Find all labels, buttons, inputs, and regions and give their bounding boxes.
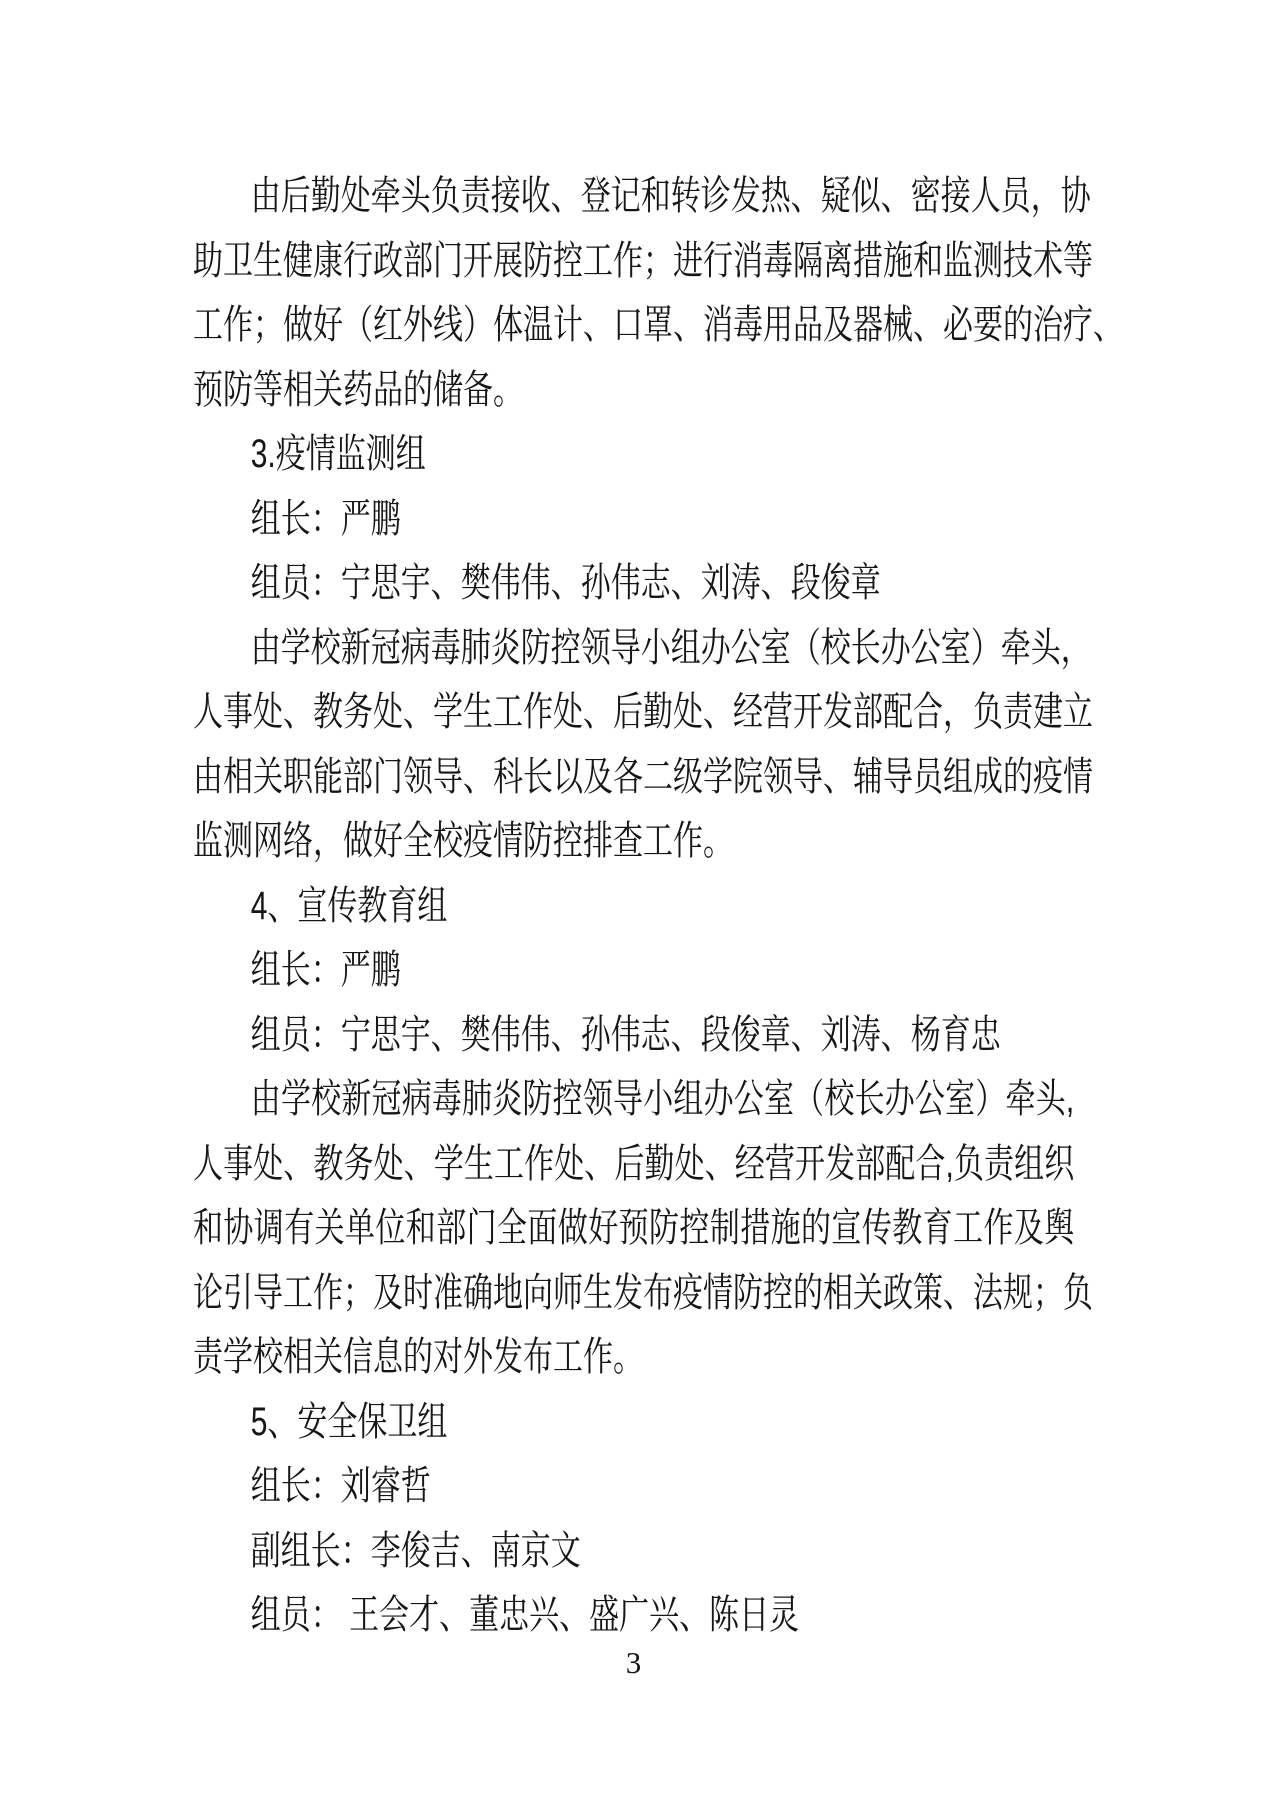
text-line: 由学校新冠病毒肺炎防控领导小组办公室（校长办公室）牵头，	[193, 616, 1074, 681]
text-line: 论引导工作；及时准确地向师生发布疫情防控的相关政策、法规；负	[193, 1261, 1074, 1326]
text-line: 组员：宁思宇、樊伟伟、孙伟志、段俊章、刘涛、杨育忠	[193, 1003, 1074, 1068]
text-line: 由学校新冠病毒肺炎防控领导小组办公室（校长办公室）牵头,	[193, 1067, 1074, 1132]
text-line: 4、宣传教育组	[193, 874, 1074, 939]
text-line: 和协调有关单位和部门全面做好预防控制措施的宣传教育工作及舆	[193, 1196, 1074, 1261]
document-page: 由后勤处牵头负责接收、登记和转诊发热、疑似、密接人员，协助卫生健康行政部门开展防…	[0, 0, 1267, 1793]
text-line: 工作；做好（红外线）体温计、口罩、消毒用品及器械、必要的治疗、	[193, 293, 1074, 358]
text-line: 组长：刘睿哲	[193, 1454, 1074, 1519]
text-line: 预防等相关药品的储备。	[193, 358, 1074, 423]
text-line: 由相关职能部门领导、科长以及各二级学院领导、辅导员组成的疫情	[193, 745, 1074, 810]
text-line: 责学校相关信息的对外发布工作。	[193, 1325, 1074, 1390]
text-line: 助卫生健康行政部门开展防控工作；进行消毒隔离措施和监测技术等	[193, 229, 1074, 294]
text-line: 3.疫情监测组	[193, 422, 1074, 487]
document-body: 由后勤处牵头负责接收、登记和转诊发热、疑似、密接人员，协助卫生健康行政部门开展防…	[193, 164, 1074, 1648]
text-line: 人事处、教务处、学生工作处、后勤处、经营开发部配合，负责建立	[193, 680, 1074, 745]
page-number: 3	[0, 1645, 1267, 1681]
text-line: 由后勤处牵头负责接收、登记和转诊发热、疑似、密接人员，协	[193, 164, 1074, 229]
text-line: 副组长：李俊吉、南京文	[193, 1519, 1074, 1584]
text-line: 组员： 王会才、董忠兴、盛广兴、陈日灵	[193, 1583, 1074, 1648]
text-line: 监测网络，做好全校疫情防控排查工作。	[193, 809, 1074, 874]
text-line: 人事处、教务处、学生工作处、后勤处、经营开发部配合,负责组织	[193, 1132, 1074, 1197]
text-line: 组员：宁思宇、樊伟伟、孙伟志、刘涛、段俊章	[193, 551, 1074, 616]
text-line: 组长：严鹏	[193, 938, 1074, 1003]
text-line: 组长：严鹏	[193, 487, 1074, 552]
text-line: 5、安全保卫组	[193, 1390, 1074, 1455]
